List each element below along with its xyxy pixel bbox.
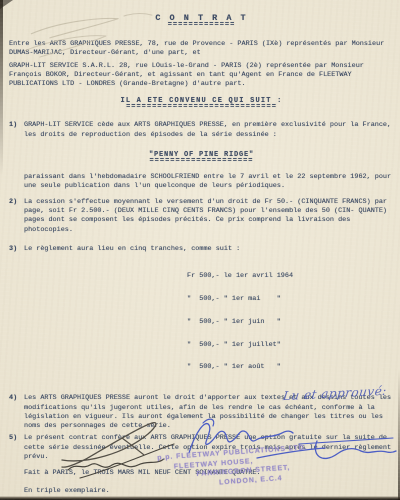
clause-2-text: La cession s'effectue moyennant le verse… (24, 198, 394, 235)
series-note: paraissant dans l'hebdomadaire SCHOOLFRI… (24, 173, 394, 192)
scan-edge-left (0, 0, 3, 175)
party-graph-lit: GRAPH-LIT SERVICE S.A.R.L. 28, rue LOuis… (9, 62, 394, 90)
clause-3: 3) Le règlement aura lieu en cinq tranch… (9, 245, 394, 254)
payment-line: " 500,- " 1er juillet" (187, 342, 394, 350)
contract-scan-page: C O N T R A T ============= Entre les AR… (0, 0, 400, 500)
execution-line: Fait à PARIS, le TROIS MARS MIL NEUF CEN… (24, 469, 394, 478)
payment-line: " 500,- " 1er juin " (187, 319, 394, 327)
copies-line: En triple exemplaire. (24, 487, 394, 496)
scan-edge-bottom (0, 496, 400, 500)
clause-5-number: 5) (9, 434, 24, 462)
agreement-heading-underline: ============================= (9, 105, 394, 110)
clause-1-number: 1) (9, 121, 24, 140)
clause-3-text: Le règlement aura lieu en cinq tranches,… (24, 245, 394, 254)
party-arts-graphiques: Entre les ARTS GRAPHIQUES PRESSE, 78, ru… (9, 40, 394, 59)
title-underline: ============= (9, 23, 394, 28)
clause-2-number: 2) (9, 198, 24, 235)
clause-4-number: 4) (9, 394, 24, 431)
clause-5-text: Le présent contrat confère aux ARTS GRAP… (24, 434, 394, 462)
payment-line: " 500,- " 1er mai " (187, 296, 394, 304)
payment-schedule: Fr 500,- le 1er avril 1964 " 500,- " 1er… (187, 258, 394, 387)
clause-2: 2) La cession s'effectue moyennant le ve… (9, 198, 394, 235)
clause-3-number: 3) (9, 245, 24, 254)
payment-line: Fr 500,- le 1er avril 1964 (187, 273, 394, 281)
series-title-underline: ==================== (9, 159, 394, 164)
clause-1-text: GRAPH-LIT SERVICE cède aux ARTS GRAPHIQU… (24, 121, 394, 140)
clause-1: 1) GRAPH-LIT SERVICE cède aux ARTS GRAPH… (9, 121, 394, 140)
payment-line: " 500,- " 1er août " (187, 364, 394, 372)
clause-5: 5) Le présent contrat confère aux ARTS G… (9, 434, 394, 462)
